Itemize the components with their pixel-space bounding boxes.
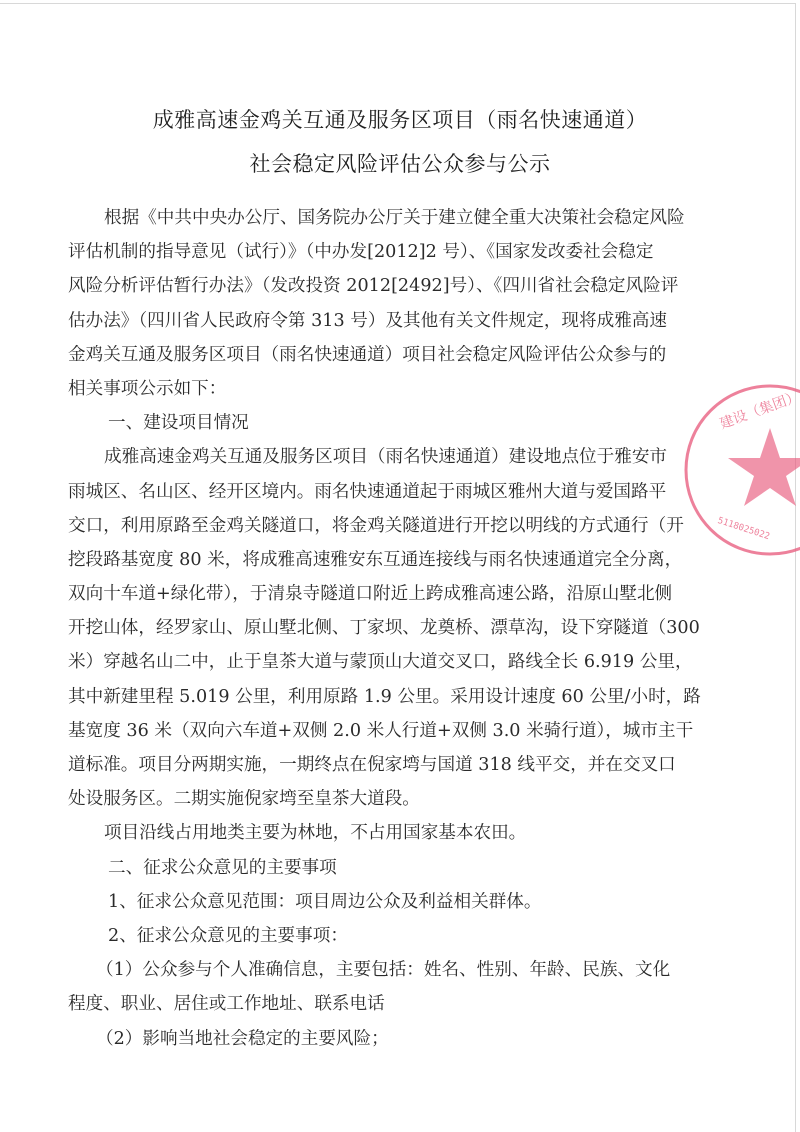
document-body: 根据《中共中央办公厅、国务院办公厅关于建立健全重大决策社会稳定风险 评估机制的指… (68, 201, 738, 1056)
paragraph-line: 雨城区、名山区、经开区境内。雨名快速通道起于雨城区雅州大道与爱国路平 (68, 475, 738, 509)
paragraph-line: 金鸡关互通及服务区项目（雨名快速通道）项目社会稳定风险评估公众参与的 (68, 338, 738, 372)
section-heading: 一、建设项目情况 (68, 406, 738, 440)
paragraph-line: 双向十车道+绿化带），于清泉寺隧道口附近上跨成雅高速公路，沿原山墅北侧 (68, 577, 738, 611)
paragraph-line: 其中新建里程 5.019 公里，利用原路 1.9 公里。采用设计速度 60 公里… (68, 680, 738, 714)
paragraph-line: 交口，利用原路至金鸡关隧道口，将金鸡关隧道进行开挖以明线的方式通行（开 (68, 509, 738, 543)
list-item: （2）影响当地社会稳定的主要风险； (68, 1022, 738, 1056)
paragraph-line: 基宽度 36 米（双向六车道+双侧 2.0 米人行道+双侧 3.0 米骑行道），… (68, 714, 738, 748)
section-heading: 二、征求公众意见的主要事项 (68, 851, 738, 885)
list-item: 1、征求公众意见范围：项目周边公众及利益相关群体。 (68, 885, 738, 919)
paragraph-line: 评估机制的指导意见（试行）》（中办发[2012]2 号）、《国家发改委社会稳定 (68, 235, 738, 269)
page-border-top (0, 3, 796, 4)
paragraph-line: 项目沿线占用地类主要为林地，不占用国家基本农田。 (68, 816, 738, 850)
paragraph-line: 风险分析评估暂行办法》（发改投资 2012[2492]号）、《四川省社会稳定风险… (68, 269, 738, 303)
paragraph-line: 根据《中共中央办公厅、国务院办公厅关于建立健全重大决策社会稳定风险 (68, 201, 738, 235)
paragraph-line: 成雅高速金鸡关互通及服务区项目（雨名快速通道）建设地点位于雅安市 (68, 440, 738, 474)
paragraph-line: 开挖山体，经罗家山、原山墅北侧、丁家坝、龙奠桥、漂草沟，设下穿隧道（300 (68, 611, 738, 645)
list-item: （1）公众参与个人准确信息，主要包括：姓名、性别、年龄、民族、文化 (68, 953, 738, 987)
official-seal-stamp: 建设（集团）有限 5118025022 (680, 380, 800, 560)
paragraph-line: 米）穿越名山二中，止于皇茶大道与蒙顶山大道交叉口，路线全长 6.919 公里， (68, 645, 738, 679)
document-title: 成雅高速金鸡关互通及服务区项目（雨名快速通道） (0, 104, 800, 134)
document-subtitle: 社会稳定风险评估公众参与公示 (0, 148, 800, 178)
paragraph-line: 道标准。项目分两期实施，一期终点在倪家塆与国道 318 线平交，并在交叉口 (68, 748, 738, 782)
paragraph-line: 挖段路基宽度 80 米，将成雅高速雅安东互通连接线与雨名快速通道完全分离， (68, 543, 738, 577)
svg-text:5118025022: 5118025022 (716, 516, 771, 542)
list-item-continuation: 程度、职业、居住或工作地址、联系电话 (68, 987, 738, 1021)
seal-star-icon: 建设（集团）有限 5118025022 (680, 380, 800, 560)
paragraph-line: 相关事项公示如下： (68, 372, 738, 406)
list-item: 2、征求公众意见的主要事项： (68, 919, 738, 953)
paragraph-line: 处设服务区。二期实施倪家塆至皇茶大道段。 (68, 782, 738, 816)
paragraph-line: 估办法》（四川省人民政府令第 313 号）及其他有关文件规定，现将成雅高速 (68, 304, 738, 338)
